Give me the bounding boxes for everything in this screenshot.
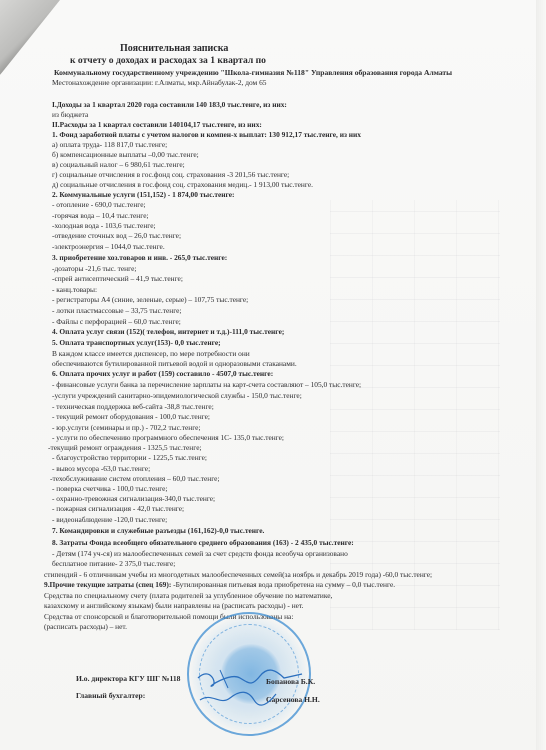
report-line-heading: 9.Прочие текущие затраты (спец 169): — [44, 580, 171, 589]
report-line: - техническая поддержка веб-сайта -38,8 … — [52, 402, 214, 411]
document-title: Пояснительная записка — [120, 44, 228, 53]
organization-name: Коммунальному государственному учреждени… — [54, 68, 452, 77]
report-line: 6. Оплата прочих услуг и работ (159) сос… — [52, 369, 273, 378]
report-line: 7. Командировки и служебные разъезды (16… — [52, 526, 264, 535]
report-line: -услуги учреждений санитарно-эпидемиолог… — [52, 391, 302, 400]
report-line: - поверка счетчика - 100,0 тыс.тенге; — [52, 484, 167, 493]
report-line: -отведение сточных вод – 26,0 тыс.тенге; — [52, 231, 181, 240]
report-line: стипендий - 6 отличникам учебы из многод… — [44, 570, 432, 579]
page-edge — [536, 0, 546, 750]
report-line: - видеонаблюдение -120,0 тыс.тенге; — [52, 515, 167, 524]
report-line: - текущий ремонт оборудования - 100,0 ты… — [52, 412, 210, 421]
report-line: - услуги по обеспечению программного обе… — [52, 433, 284, 442]
report-line: - благоустройство территории - 1225,5 ты… — [52, 453, 207, 462]
report-line: 4. Оплата услуг связи (152)( телефон, ин… — [52, 327, 284, 336]
report-line: 8. Затраты Фонда всеобщего обязательного… — [52, 538, 354, 547]
report-line: - регистраторы А4 (синие, зеленые, серые… — [52, 295, 248, 304]
report-line: 2. Коммунальные услуги (151,152) - 1 874… — [52, 190, 235, 199]
report-line: д) социальные отчисления в гос.фонд соц.… — [52, 180, 313, 189]
bleed-through-table — [330, 200, 500, 630]
report-line: бесплатное питание- 2 375,0 тыс.тенге; — [52, 559, 175, 568]
report-line: в) социальный налог – 6 980,61 тыс.тенге… — [52, 160, 185, 169]
report-line: -спрей антисептический – 41,9 тыс.тенге; — [52, 274, 183, 283]
organization-location: Местонахождение организации: г.Алматы, м… — [52, 78, 266, 87]
report-line: - охранно-тревожная сигнализация-340,0 т… — [52, 494, 215, 503]
report-line: - пожарная сигнализация - 42,0 тыс.тенге… — [52, 504, 184, 513]
report-line: Средства по специальному счету (плата ро… — [44, 591, 332, 600]
scanned-document-page: Пояснительная записка к отчету о доходах… — [0, 0, 546, 750]
report-line: - Детям (174 уч-ся) из малообеспеченных … — [52, 549, 348, 558]
signature-scribble — [190, 664, 310, 714]
report-line: В каждом классе имеется диспенсер, по ме… — [52, 349, 250, 358]
report-line: -холодная вода - 103,6 тыс.тенге; — [52, 221, 156, 230]
folded-corner — [0, 0, 60, 75]
report-line: (расписать расходы) – нет. — [44, 622, 127, 631]
director-label: И.о. директора КГУ ШГ №118 — [76, 674, 180, 683]
report-line: -техобслуживание систем отопления – 60,0… — [50, 474, 220, 483]
report-line: 1. Фонд заработной платы с учетом налого… — [52, 130, 361, 139]
report-line: обеспечиваются бутилированной питьевой в… — [52, 359, 297, 368]
report-line: а) оплата труда- 118 817,0 тыс.тенге; — [52, 140, 167, 149]
report-line: - вывоз мусора -63,0 тыс.тенге; — [52, 464, 150, 473]
report-line: -дозаторы -21,6 тыс. тенге; — [52, 264, 136, 273]
report-line: I.Доходы за 1 квартал 2020 года составил… — [52, 100, 287, 109]
report-line: 5. Оплата транспортных услуг(153)- 0,0 т… — [52, 338, 221, 347]
report-line: казахскому и английскому языкам) были на… — [44, 601, 304, 610]
report-line: - отопление - 690,0 тыс.тенге; — [52, 200, 146, 209]
report-line: - канц.товары: — [52, 285, 97, 294]
report-line: - лотки пластмассовые – 33,75 тыс.тенге; — [52, 306, 181, 315]
report-line: - Файлы с перфорацией – 60,0 тыс.тенге; — [52, 317, 181, 326]
report-line: - финансовые услуги банка за перечислени… — [52, 380, 361, 389]
report-line: из бюджета — [52, 110, 88, 119]
document-subtitle: к отчету о доходах и расходах за 1 кварт… — [70, 56, 266, 65]
report-line: б) компенсационные выплаты –0,00 тыс.тен… — [52, 150, 199, 159]
report-line: -текущий ремонт ограждения - 1325,5 тыс.… — [48, 443, 202, 452]
report-line: - юр.услуги (семинары и пр.) - 702,2 тыс… — [52, 423, 201, 432]
report-line: -горячая вода – 10,4 тыс.тенге; — [52, 211, 149, 220]
report-line: г) социальные отчисления в гос.фонд соц.… — [52, 170, 289, 179]
report-line: 9.Прочие текущие затраты (спец 169): -Бу… — [44, 580, 395, 589]
accountant-label: Главный бухгалтер: — [76, 691, 145, 700]
report-line: 3. приобретение хоз.товаров и инв. - 265… — [52, 253, 227, 262]
report-line: -электроэнергия – 1044,0 тыс.тенге. — [52, 242, 165, 251]
report-line: II.Расходы за 1 квартал составили 140104… — [52, 120, 262, 129]
